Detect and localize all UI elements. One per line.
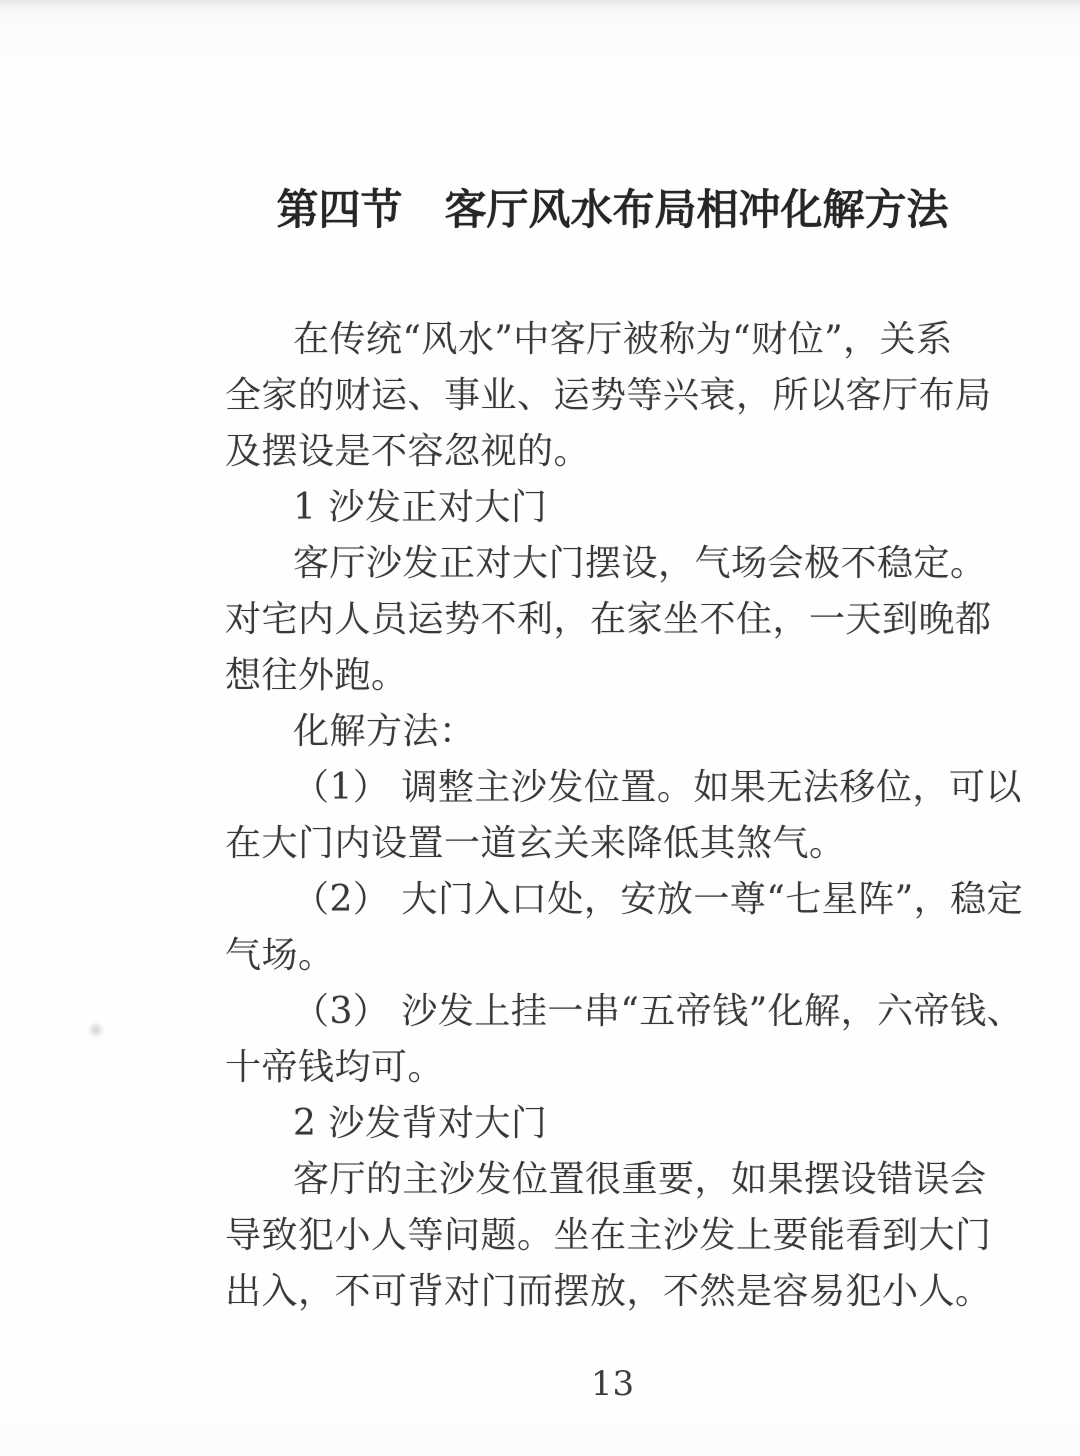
text-line-10: 在大门内设置一道玄关来降低其煞气。: [225, 816, 1015, 872]
text-line-6: 对宅内人员运势不利，在家坐不住，一天到晚都: [225, 592, 1015, 648]
text-line-4: 1 沙发正对大门: [225, 480, 1015, 536]
text-line-5: 客厅沙发正对大门摆设，气场会极不稳定。: [225, 536, 1015, 592]
text-line-15: 2 沙发背对大门: [225, 1096, 1015, 1152]
text-line-18: 出入，不可背对门而摆放，不然是容易犯小人。: [225, 1264, 1015, 1320]
text-line-13: （3） 沙发上挂一串“五帝钱”化解，六帝钱、: [225, 984, 1015, 1040]
text-line-1: 在传统“风水”中客厅被称为“财位”，关系: [225, 312, 1015, 368]
text-line-3: 及摆设是不容忽视的。: [225, 424, 1015, 480]
text-line-9: （1） 调整主沙发位置。如果无法移位，可以: [225, 760, 1015, 816]
body-text: 在传统“风水”中客厅被称为“财位”，关系 全家的财运、事业、运势等兴衰，所以客厅…: [225, 312, 1015, 1320]
scan-artifact-speck: [88, 1022, 104, 1038]
text-line-16: 客厅的主沙发位置很重要，如果摆设错误会: [225, 1152, 1015, 1208]
text-line-12: 气场。: [225, 928, 1015, 984]
text-line-11: （2） 大门入口处，安放一尊“七星阵”，稳定: [225, 872, 1015, 928]
text-line-7: 想往外跑。: [225, 648, 1015, 704]
scanned-book-page: 第四节 客厅风水布局相冲化解方法 在传统“风水”中客厅被称为“财位”，关系 全家…: [0, 0, 1080, 1456]
text-line-17: 导致犯小人等问题。坐在主沙发上要能看到大门: [225, 1208, 1015, 1264]
text-line-14: 十帝钱均可。: [225, 1040, 1015, 1096]
text-line-8: 化解方法：: [225, 704, 1015, 760]
text-line-2: 全家的财运、事业、运势等兴衰，所以客厅布局: [225, 368, 1015, 424]
page-number: 13: [225, 1362, 1000, 1406]
section-title: 第四节 客厅风水布局相冲化解方法: [225, 184, 1000, 236]
